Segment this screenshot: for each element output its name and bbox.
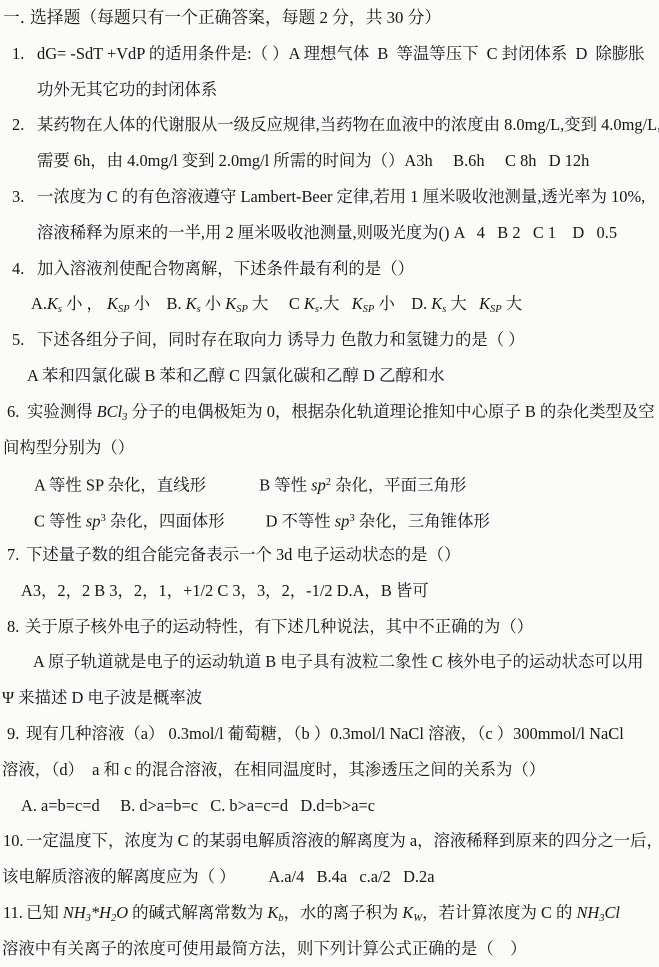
question-number: 一．	[3, 0, 37, 36]
question-8-line: Ψ 来描述 D 电子波是概率波	[0, 680, 659, 716]
question-9-line: A. a=b=c=d B. d>a=b=c C. b>a=c=d D.d=b>a…	[0, 788, 659, 824]
question-7-line: A3，2，2 B 3，2，1，+1/2 C 3，3，2，-1/2 D.A，B 皆…	[0, 573, 659, 609]
text-segment: ，水的离子积为	[284, 903, 403, 922]
question-10-line: 该电解质溶液的解离度应为（ ） A.a/4 B.4a c.a/2 D.2a	[0, 859, 659, 895]
text-segment: 该电解质溶液的解离度应为（ ） A.a/4 B.4a c.a/2 D.2a	[2, 867, 435, 886]
text-segment: W	[413, 913, 422, 924]
text-segment: A.	[31, 294, 47, 313]
question-2-line: 2.某药物在人体的代谢服从一级反应规律,当药物在血液中的浓度由 8.0mg/L,…	[0, 107, 659, 143]
text-segment: 现有几种溶液（a） 0.3mol/l 葡萄糖，（b ）0.3mol/l NaCl…	[26, 724, 624, 743]
text-segment: K	[267, 903, 278, 922]
text-segment: 大 C	[248, 294, 304, 313]
question-number: 7.	[7, 537, 19, 573]
question-number: 11.	[3, 895, 23, 931]
text-segment: 分子的电偶极矩为 0，根据杂化轨道理论推知中心原子 B 的杂化类型及空	[127, 402, 654, 421]
text-segment: 一定温度下，浓度为 C 的某弱电解质溶液的解离度为 a，溶液稀释到原来的四分之一…	[26, 831, 659, 850]
text-segment: H	[99, 903, 111, 922]
text-segment: 的碱式解离常数为	[128, 903, 267, 922]
text-segment: K	[402, 903, 413, 922]
text-segment: SP	[236, 304, 248, 315]
text-segment: A3，2，2 B 3，2，1，+1/2 C 3，3，2，-1/2 D.A，B 皆…	[21, 581, 429, 600]
question-8-line: 8.关于原子核外电子的运动特性，有下述几种说法，其中不正确的为（）	[0, 609, 659, 645]
text-segment: A 原子轨道就是电子的运动轨道 B 电子具有波粒二象性 C 核外电子的运动状态可…	[33, 652, 644, 671]
text-segment: C 等性	[34, 511, 86, 530]
text-segment: K	[225, 294, 236, 313]
question-6-line: 6.实验测得 BCl3 分子的电偶极矩为 0，根据杂化轨道理论推知中心原子 B …	[0, 394, 659, 430]
question-number: 6.	[7, 394, 19, 430]
text-segment: ，若计算浓度为 C 的	[422, 903, 576, 922]
question-3-line: 3.一浓度为 C 的有色溶液遵守 Lambert-Beer 定律,若用 1 厘米…	[0, 179, 659, 215]
text-segment: 间构型分别为（）	[3, 438, 134, 457]
text-segment: 溶液中有关离子的浓度可使用最简方法，则下列计算公式正确的是（ ）	[2, 939, 527, 958]
text-segment: SP	[363, 304, 375, 315]
text-segment: D 不等性	[266, 511, 335, 530]
text-segment: 小 B.	[130, 294, 186, 313]
question-1-line: 1.dG= -SdT +VdP 的适用条件是:（ ）A 理想气体 B 等温等压下…	[0, 36, 659, 72]
text-segment: 大	[502, 294, 523, 313]
question-number: 4.	[12, 251, 24, 287]
text-segment: K	[304, 294, 315, 313]
question-number: 5.	[12, 322, 24, 358]
text-segment: 下述量子数的组合能完备表示一个 3d 电子运动状态的是（）	[26, 545, 460, 564]
question-1-line: 功外无其它功的封闭体系	[0, 72, 659, 108]
text-segment: NH	[576, 903, 599, 922]
text-segment: 已知	[26, 903, 63, 922]
text-segment: 溶液稀释为原来的一半,用 2 厘米吸收池测量,则吸光度为() A 4 B 2 C…	[37, 223, 617, 242]
question-11-line: 溶液中有关离子的浓度可使用最简方法，则下列计算公式正确的是（ ）	[0, 931, 659, 967]
text-segment: 小 D.	[374, 294, 431, 313]
text-segment: 需要 6h，由 4.0mg/l 变到 2.0mg/l 所需的时间为（）A3h B…	[37, 151, 589, 170]
text-segment: *	[91, 903, 99, 922]
text-segment: K	[186, 294, 197, 313]
text-segment: 选择题（每题只有一个正确答案，每题 2 分，共 30 分）	[30, 8, 441, 27]
question-number: 8.	[7, 609, 19, 645]
text-segment: dG= -SdT +VdP 的适用条件是:（ ）A 理想气体 B 等温等压下 C…	[37, 44, 645, 63]
question-6-line: A 等性 SP 杂化，直线形 B 等性 sp2 杂化，平面三角形	[0, 465, 659, 501]
question-9-line: 溶液，（d） a 和 c 的混合溶液，在相同温度时，其渗透压之间的关系为（）	[0, 752, 659, 788]
section-title: 一．选择题（每题只有一个正确答案，每题 2 分，共 30 分）	[0, 0, 659, 36]
text-segment: NH	[63, 903, 86, 922]
text-segment: A. a=b=c=d B. d>a=b=c C. b>a=c=d D.d=b>a…	[21, 796, 375, 815]
text-segment: 杂化，三角锥体形	[355, 511, 490, 530]
text-segment: K	[352, 294, 363, 313]
text-segment: 杂化，平面三角形	[331, 476, 466, 495]
text-segment: Ψ 来描述 D 电子波是概率波	[2, 688, 202, 707]
question-number: 10.	[3, 823, 24, 859]
text-segment: 小 ，	[62, 294, 107, 313]
text-segment: sp	[311, 476, 326, 495]
text-segment: K	[431, 294, 442, 313]
question-number: 2.	[12, 107, 24, 143]
text-segment: 功外无其它功的封闭体系	[37, 80, 217, 99]
text-segment: sp	[335, 511, 350, 530]
exam-document: 一．选择题（每题只有一个正确答案，每题 2 分，共 30 分）1.dG= -Sd…	[0, 0, 659, 967]
text-segment: K	[479, 294, 490, 313]
question-7-line: 7.下述量子数的组合能完备表示一个 3d 电子运动状态的是（）	[0, 537, 659, 573]
question-4-line: 4.加入溶液剂使配合物离解，下述条件最有利的是（）	[0, 251, 659, 287]
text-segment: 加入溶液剂使配合物离解，下述条件最有利的是（）	[37, 259, 414, 278]
question-number: 3.	[12, 179, 24, 215]
text-segment: 下述各组分子间，同时存在取向力 诱导力 色散力和氢键力的是（ ）	[37, 330, 525, 349]
text-segment: 关于原子核外电子的运动特性，有下述几种说法，其中不正确的为（）	[25, 617, 533, 636]
text-segment	[206, 476, 259, 495]
question-5-line: A 苯和四氯化碳 B 苯和乙醇 C 四氯化碳和乙醇 D 乙醇和水	[0, 358, 659, 394]
text-segment: K	[107, 294, 118, 313]
text-segment: SP	[490, 304, 502, 315]
question-9-line: 9.现有几种溶液（a） 0.3mol/l 葡萄糖，（b ）0.3mol/l Na…	[0, 716, 659, 752]
text-segment: Cl	[605, 903, 621, 922]
text-segment: 大	[446, 294, 479, 313]
text-segment: 实验测得	[27, 402, 97, 421]
question-number: 9.	[7, 716, 19, 752]
text-segment	[225, 511, 266, 530]
question-number: 1.	[12, 36, 24, 72]
question-11-line: 11.已知 NH3*H2O 的碱式解离常数为 Kb，水的离子积为 KW，若计算浓…	[0, 895, 659, 931]
question-2-line: 需要 6h，由 4.0mg/l 变到 2.0mg/l 所需的时间为（）A3h B…	[0, 143, 659, 179]
text-segment: A 苯和四氯化碳 B 苯和乙醇 C 四氯化碳和乙醇 D 乙醇和水	[27, 366, 445, 385]
text-segment: .大	[319, 294, 352, 313]
question-8-line: A 原子轨道就是电子的运动轨道 B 电子具有波粒二象性 C 核外电子的运动状态可…	[0, 644, 659, 680]
text-segment: SP	[118, 304, 130, 315]
question-10-line: 10.一定温度下，浓度为 C 的某弱电解质溶液的解离度为 a，溶液稀释到原来的四…	[0, 823, 659, 859]
text-segment: 某药物在人体的代谢服从一级反应规律,当药物在血液中的浓度由 8.0mg/L,变到…	[37, 115, 659, 134]
question-3-line: 溶液稀释为原来的一半,用 2 厘米吸收池测量,则吸光度为() A 4 B 2 C…	[0, 215, 659, 251]
text-segment: O	[116, 903, 128, 922]
text-segment: 溶液，（d） a 和 c 的混合溶液，在相同温度时，其渗透压之间的关系为（）	[2, 760, 545, 779]
question-6-line: C 等性 sp3 杂化，四面体形 D 不等性 sp3 杂化，三角锥体形	[0, 501, 659, 537]
text-segment: B 等性	[259, 476, 311, 495]
question-5-line: 5.下述各组分子间，同时存在取向力 诱导力 色散力和氢键力的是（ ）	[0, 322, 659, 358]
text-segment: 杂化，四面体形	[106, 511, 225, 530]
text-segment: K	[47, 294, 58, 313]
text-segment: 一浓度为 C 的有色溶液遵守 Lambert-Beer 定律,若用 1 厘米吸收…	[37, 187, 645, 206]
text-segment: BCl	[97, 402, 123, 421]
question-4-line: A.Ks 小 ， KSP 小 B. Ks 小 KSP 大 C Ks.大 KSP …	[0, 286, 659, 322]
text-segment: A 等性 SP 杂化，直线形	[34, 476, 206, 495]
question-6-line: 间构型分别为（）	[0, 430, 659, 466]
text-segment: 小	[201, 294, 226, 313]
text-segment: sp	[86, 511, 101, 530]
